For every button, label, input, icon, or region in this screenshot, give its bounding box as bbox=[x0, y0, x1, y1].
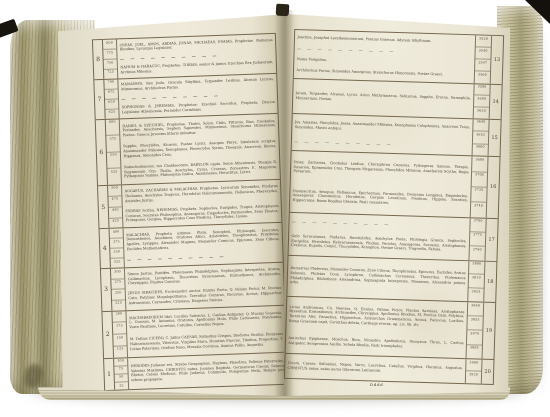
year-cell: 475 bbox=[108, 196, 121, 207]
year-column: 3840385538703885 bbox=[466, 302, 485, 358]
dash-row: — — — — — — — — — — bbox=[297, 46, 472, 57]
year-cell: 3800 bbox=[469, 261, 484, 275]
year-cell: 775 bbox=[103, 49, 116, 59]
year-cell: 3920 bbox=[466, 372, 481, 384]
entries-column: AGGAEUS, ZACHARIAS & MALACHIAS, Propheta… bbox=[122, 180, 281, 228]
entry-text: Cicero, Caesar, Sallustius, Nepos, Varro… bbox=[287, 361, 462, 376]
entry-text: JESUS SIRACIDES, Ecclesiastici auctor. E… bbox=[128, 286, 282, 305]
year-column: 100755025 bbox=[114, 358, 129, 390]
year-cell: 3652 bbox=[473, 131, 488, 144]
dash-row: — — — — — — — — — — bbox=[127, 252, 280, 263]
section-row-group: — — — — — — — — — —Gelo Syracusanus, Pin… bbox=[289, 212, 498, 261]
year-cell: 3760 bbox=[470, 218, 485, 233]
year-column: 700675650625 bbox=[104, 79, 119, 119]
section-row-group: Cicero, Caesar, Sallustius, Nepos, Varro… bbox=[285, 354, 494, 384]
year-cell: 3520 bbox=[476, 35, 491, 48]
year-cell: 3540 bbox=[475, 47, 490, 60]
century-row-group: 8800775750725OSEAS, JOEL, AMOS, ABDIAS, … bbox=[93, 34, 276, 80]
year-column: 3680370037203740 bbox=[470, 156, 489, 217]
year-cell: 3720 bbox=[471, 187, 486, 203]
entry-text: Archilochus Parius, Simonides Amorginus,… bbox=[296, 68, 471, 78]
year-cell: 325 bbox=[111, 258, 124, 267]
year-cell: 675 bbox=[105, 89, 118, 99]
year-cell: 200 bbox=[112, 311, 125, 323]
section-number: 20 bbox=[482, 360, 494, 384]
year-cell: 3600 bbox=[474, 96, 489, 108]
entry-text: Livius Andronicus, Cn. Naevius, Q. Enniu… bbox=[289, 305, 465, 329]
century-row-group: 7700675650625MANASSES, Rex Juda. Oracula… bbox=[94, 74, 277, 120]
entries-column: — — — — — — — — — —Gelo Syracusanus, Pin… bbox=[289, 212, 470, 259]
year-cell: 3810 bbox=[469, 275, 484, 289]
year-column: 376037753790 bbox=[468, 218, 486, 261]
year-column: 800775750725 bbox=[103, 39, 118, 78]
section-number: 16 bbox=[487, 157, 500, 218]
year-cell: 750 bbox=[104, 59, 117, 69]
entry-text: MACHABAEORUM libri. Lucilius Satiricus, … bbox=[129, 311, 283, 330]
year-cell: 450 bbox=[109, 207, 122, 218]
year-cell: 3547 bbox=[475, 60, 490, 73]
century-row-group: 2200175150125MACHABAEORUM libri. Luciliu… bbox=[102, 305, 286, 358]
year-cell: 400 bbox=[110, 229, 123, 239]
year-cell: 3680 bbox=[472, 156, 487, 172]
year-cell: 725 bbox=[104, 69, 117, 78]
year-cell: 575 bbox=[106, 136, 120, 153]
year-column: 300275250225 bbox=[111, 268, 126, 310]
entries-column: Livius Andronicus, Cn. Naevius, Q. Enniu… bbox=[286, 297, 468, 358]
entry-text: Antiochus Epiphanes, Moschus, Bion, Nica… bbox=[288, 336, 463, 351]
section-number: 17 bbox=[485, 218, 497, 260]
entry-text: M. Tullius CICERO, C. Julius CAESAR, Sal… bbox=[130, 332, 284, 351]
entry-text: Joram, Terpander, Alcaeus, Lyrici. Arion… bbox=[296, 91, 471, 106]
entries-column: Joachim, Josaphat Lacedaemoniorum, Ponti… bbox=[294, 30, 475, 83]
entries-column: MANASSES, Rex Juda. Oracula Sibyllina, T… bbox=[118, 74, 277, 119]
entries-column: MACHABAEORUM libri. Lucilius Satiricus, … bbox=[126, 305, 286, 356]
entry-text: Onomacritus, Aesopus, Hellanicus, Epicha… bbox=[292, 189, 468, 208]
right-page-table: Joachim, Josaphat Lacedaemoniorum, Ponti… bbox=[284, 29, 504, 385]
year-cell: 3885 bbox=[467, 345, 482, 359]
year-column: 500475450425 bbox=[108, 185, 123, 228]
entry-text: HERODES Judaeae rex. Strabo Geographus, … bbox=[131, 359, 285, 383]
entries-column: Ozias, Zacharias, Cleobulus Lindius, Che… bbox=[290, 151, 472, 217]
entries-column: OSEAS, JOEL, AMOS, ABDIAS, JONAS, MICHAE… bbox=[117, 34, 276, 78]
section-number: 18 bbox=[484, 261, 496, 302]
year-column: 400375350325 bbox=[110, 229, 125, 268]
century-row-group: 1100755025HERODES Judaeae rex. Strabo Ge… bbox=[104, 352, 287, 390]
year-cell: 3790 bbox=[469, 247, 484, 261]
year-cell: 25 bbox=[115, 382, 128, 390]
year-cell: 275 bbox=[111, 279, 124, 290]
entry-text: NAHUM & HABACUC, Prophetae. TOBIAS, seni… bbox=[120, 60, 273, 75]
dash-row: — — — — — — — — — — bbox=[292, 219, 467, 230]
year-cell: 600 bbox=[106, 119, 120, 136]
year-cell: 125 bbox=[114, 346, 127, 357]
left-page: 8800775750725OSEAS, JOEL, AMOS, ABDIAS, … bbox=[58, 12, 284, 396]
entries-column: HERODES Judaeae rex. Strabo Geographus, … bbox=[128, 352, 287, 389]
year-cell: 175 bbox=[113, 323, 126, 335]
entries-column: Jos. Amasias, Phocylides, Jonas, Anaxima… bbox=[292, 114, 473, 156]
year-column: 358036003620 bbox=[473, 84, 491, 119]
year-cell: 500 bbox=[108, 185, 121, 196]
year-cell: 150 bbox=[113, 334, 126, 346]
photo-open-book: 8800775750725OSEAS, JOEL, AMOS, ABDIAS, … bbox=[0, 0, 550, 417]
section-row-group: Joachim, Josaphat Lacedaemoniorum, Ponti… bbox=[294, 30, 503, 85]
entry-text: ESDRAS Scriba, NEHEMIAS, Propheta. Sopho… bbox=[125, 204, 279, 223]
entry-text: Ozias, Zacharias, Cleobulus Lindius, Che… bbox=[293, 160, 469, 179]
year-cell: 3740 bbox=[471, 202, 486, 217]
section-number: 13 bbox=[491, 36, 503, 84]
year-cell: 3660 bbox=[473, 144, 488, 156]
section-row-group: Livius Andronicus, Cn. Naevius, Q. Enniu… bbox=[286, 297, 496, 360]
entry-text: MALACHIAS, Propheta ultimus. Plato, Xeno… bbox=[126, 228, 280, 252]
year-cell: 3840 bbox=[468, 302, 483, 317]
year-cell: 3870 bbox=[467, 331, 482, 346]
year-cell: 3775 bbox=[470, 232, 485, 247]
entries-column: MALACHIAS, Propheta ultimus. Plato, Xeno… bbox=[124, 223, 283, 267]
year-column: 39003920 bbox=[465, 359, 483, 384]
entry-text: SOPHONIAS & JEREMIAS, Prophetae. Ezechie… bbox=[122, 100, 275, 115]
year-cell: 525 bbox=[107, 169, 121, 185]
catchword: Dddd bbox=[370, 382, 383, 387]
entry-text: OSEAS, JOEL, AMOS, ABDIAS, JONAS, MICHAE… bbox=[119, 38, 272, 53]
year-cell: 550 bbox=[107, 152, 121, 169]
entry-text: AGGAEUS, ZACHARIAS & MALACHIAS, Propheta… bbox=[125, 184, 279, 203]
year-column: 3520354035473560 bbox=[474, 35, 492, 83]
entry-text: Numa Pompilius. bbox=[297, 57, 472, 67]
entries-column: DANIEL & EZECHIEL, Prophetae. Thales, So… bbox=[120, 114, 280, 184]
entry-text: Nabuchodonosor, rex Chaldaeorum, BABYLON… bbox=[124, 160, 278, 179]
left-page-table: 8800775750725OSEAS, JOEL, AMOS, ABDIAS, … bbox=[92, 33, 288, 391]
entry-text: MANASSES, Rex Juda. Oracula Sibyllina, T… bbox=[121, 77, 274, 92]
entry-text: Jos. Amasias, Phocylides, Jonas, Anaxima… bbox=[295, 120, 470, 135]
entry-text: DANIEL & EZECHIEL, Prophetae. Thales, So… bbox=[122, 119, 276, 138]
year-cell: 300 bbox=[111, 268, 124, 279]
year-cell: 3825 bbox=[468, 288, 483, 301]
entries-column: Demetrius Phalereus, Menander Comicus, Z… bbox=[287, 255, 468, 301]
section-row-group: Jos. Amasias, Phocylides, Jonas, Anaxima… bbox=[292, 114, 501, 158]
century-row-group: 3300275250225Simon Justus, Pontifex. Pto… bbox=[101, 263, 284, 312]
year-column: 380038103825 bbox=[467, 261, 485, 302]
dash-row: — — — — — — — — — — bbox=[294, 139, 469, 150]
entry-text: Demetrius Phalereus, Menander Comicus, Z… bbox=[290, 266, 466, 290]
section-row-group: Ozias, Zacharias, Cleobulus Lindius, Che… bbox=[290, 151, 500, 219]
century-row-group: 6600575550525DANIEL & EZECHIEL, Propheta… bbox=[96, 114, 280, 186]
entry-text: Sappho, Phocylides, Alcaeus, Poetae Lyri… bbox=[123, 139, 277, 158]
entries-column: Joram, Terpander, Alcaeus, Lyrici. Arion… bbox=[293, 79, 474, 118]
year-cell: 375 bbox=[110, 239, 123, 249]
year-cell: 425 bbox=[109, 218, 122, 228]
section-number: 15 bbox=[489, 119, 501, 156]
year-cell: 350 bbox=[110, 249, 123, 259]
section-row-group: Demetrius Phalereus, Menander Comicus, Z… bbox=[287, 255, 496, 303]
year-cell: 3640 bbox=[473, 119, 488, 132]
entry-text: Simon Justus, Pontifex. Ptolemaeus Phila… bbox=[127, 267, 281, 286]
right-page: Joachim, Josaphat Lacedaemoniorum, Ponti… bbox=[284, 10, 510, 396]
section-number: 19 bbox=[483, 303, 496, 359]
year-cell: 225 bbox=[112, 300, 125, 310]
year-cell: 250 bbox=[112, 290, 125, 301]
entries-column: Simon Justus, Pontifex. Ptolemaeus Phila… bbox=[125, 263, 284, 310]
entries-column: Cicero, Caesar, Sallustius, Nepos, Varro… bbox=[285, 354, 466, 383]
year-cell: 650 bbox=[105, 99, 118, 109]
year-cell: 3900 bbox=[466, 359, 481, 372]
entry-text: Gelo Syracusanus, Pindarus, Bacchylides,… bbox=[291, 234, 467, 253]
year-cell: 3620 bbox=[474, 107, 489, 118]
section-number: 14 bbox=[490, 84, 502, 118]
year-cell: 700 bbox=[104, 79, 117, 89]
century-row-group: 4400375350325MALACHIAS, Propheta ultimus… bbox=[100, 223, 283, 269]
year-cell: 3700 bbox=[472, 172, 487, 188]
century-row-group: 5500475450425AGGAEUS, ZACHARIAS & MALACH… bbox=[98, 180, 281, 230]
headband-icon bbox=[276, 4, 290, 17]
year-column: 364036523660 bbox=[472, 119, 490, 156]
year-cell: 3560 bbox=[475, 72, 490, 84]
year-cell: 3580 bbox=[474, 84, 489, 96]
entry-text: Joachim, Josaphat Lacedaemoniorum, Ponti… bbox=[297, 35, 472, 45]
year-cell: 800 bbox=[103, 39, 116, 49]
year-cell: 625 bbox=[105, 109, 118, 118]
year-cell: 3855 bbox=[467, 316, 482, 331]
